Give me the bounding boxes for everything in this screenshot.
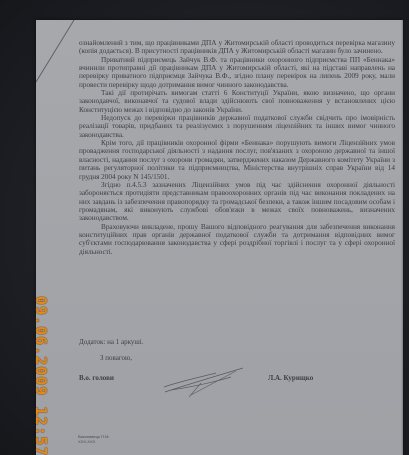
paragraph-request: Враховуючи викладене, прошу Вашого відпо…	[79, 223, 395, 256]
executor-note: Виконавець П.М. XXX-XXX	[78, 434, 110, 444]
paragraph-license-violation: Крім того, дії працівників охоронної фір…	[79, 139, 395, 181]
signer-name: Л.А. Курищко	[268, 374, 313, 382]
handwritten-signature	[161, 365, 251, 400]
closing-phrase: З повагою,	[100, 354, 132, 362]
attachment-note: Додаток: на 1 аркуші.	[79, 338, 143, 346]
document-page: ознайомлений з тим, що працівниками ДПА …	[36, 20, 403, 455]
camera-date-stamp: 09.06.2009 12:57	[30, 296, 50, 446]
paragraph-license-clause: Згідно п.4.5.3 зазначених Ліцензійних ум…	[79, 181, 395, 223]
paragraph-constitution: Такі дії протирічать вимогам статті 6 Ко…	[79, 89, 395, 114]
paragraph-continuation: ознайомлений з тим, що працівниками ДПА …	[79, 39, 395, 56]
paragraph-entrepreneur: Приватний підприємець Зайчук В.Ф. та пра…	[79, 56, 395, 89]
right-edge-shadow	[401, 0, 409, 455]
paragraph-inspection-denial: Недопуск до перевірки працівників держав…	[79, 114, 395, 139]
signer-title: В.о. голови	[79, 374, 114, 382]
letter-body: ознайомлений з тим, що працівниками ДПА …	[79, 39, 395, 256]
executor-phone: XXX-XXX	[78, 439, 110, 444]
